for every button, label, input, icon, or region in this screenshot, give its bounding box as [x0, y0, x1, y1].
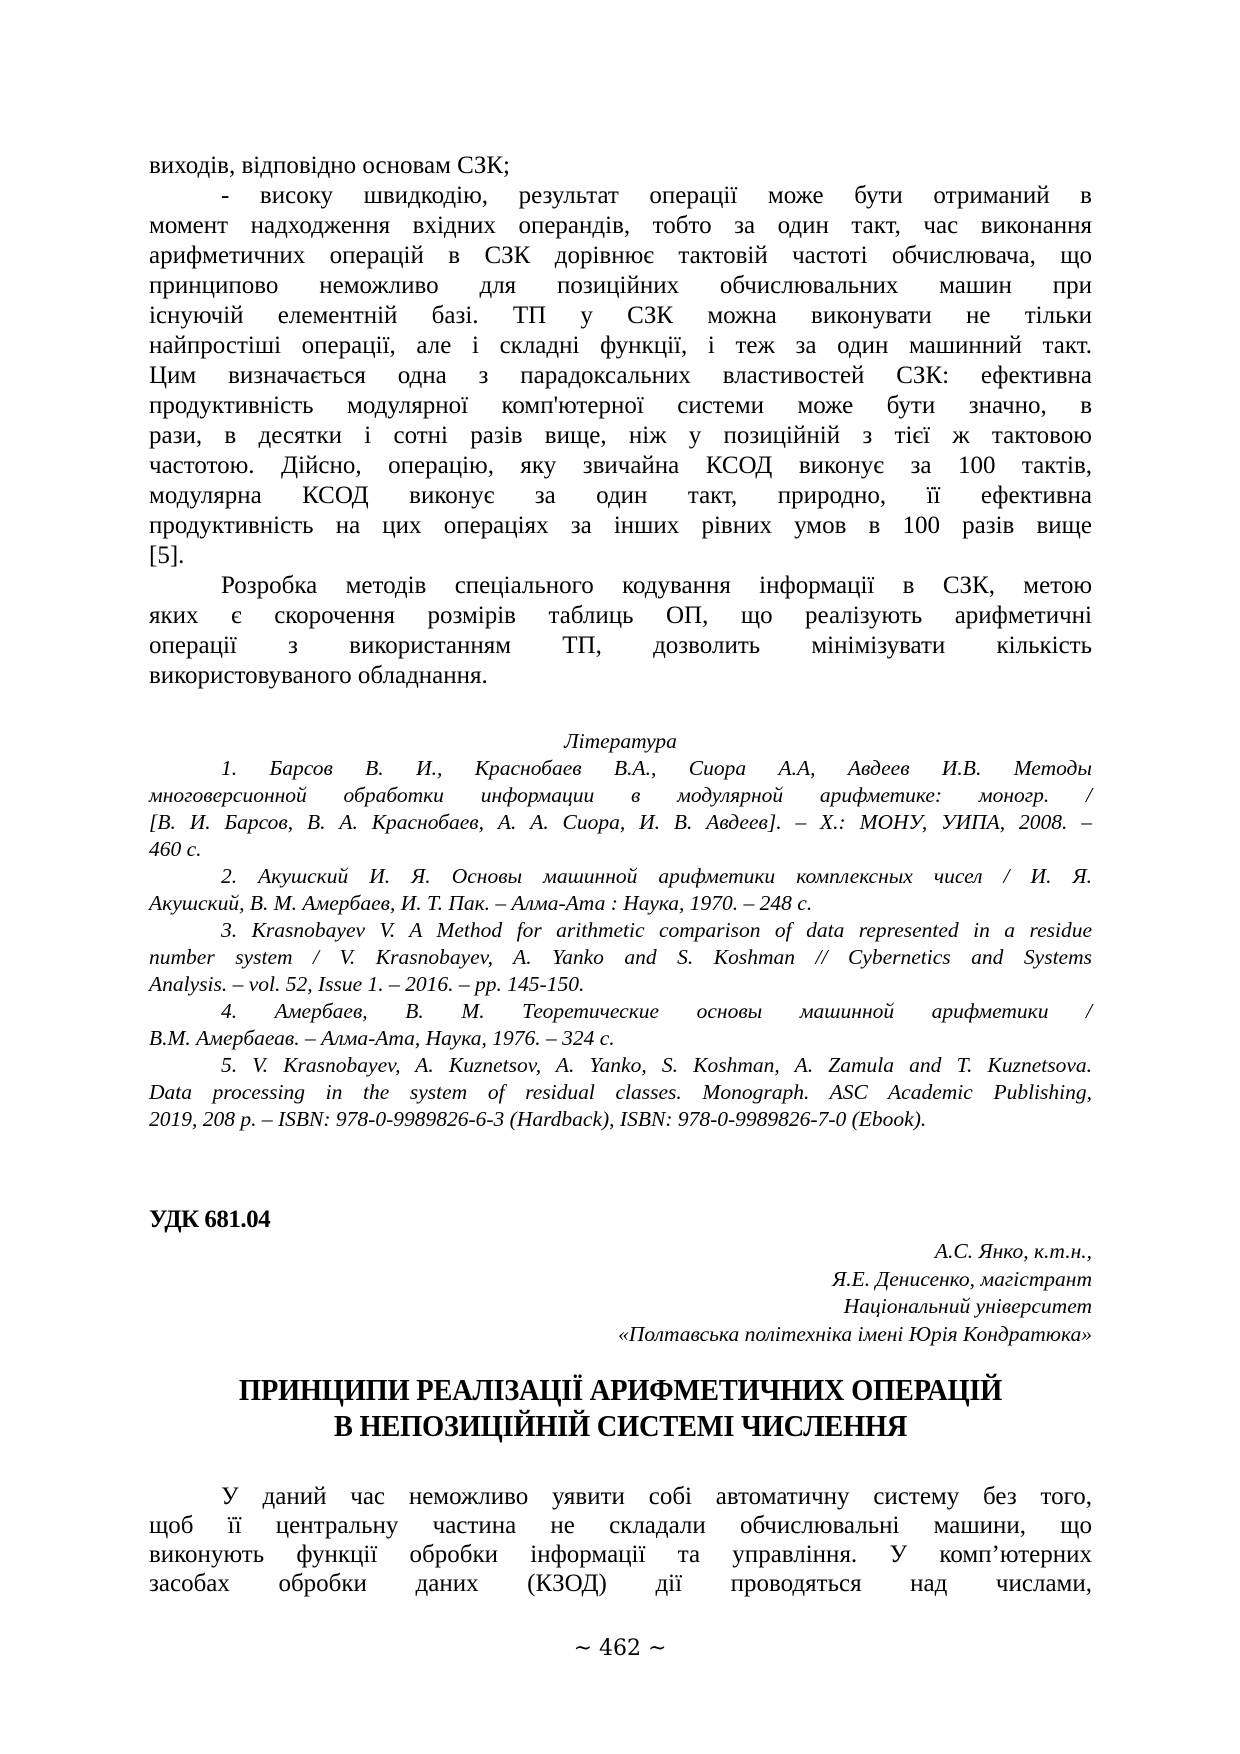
affiliation-line: Національний університет — [149, 1293, 1092, 1321]
references-heading: Література — [149, 728, 1092, 755]
article-title: ПРИНЦИПИ РЕАЛІЗАЦІЇ АРИФМЕТИЧНИХ ОПЕРАЦІ… — [187, 1372, 1055, 1444]
reference-line: 4. Амербаев, В. М. Теоретические основы … — [149, 998, 1092, 1025]
paragraph-line: найпростіші операції, але і складні функ… — [149, 331, 1092, 361]
title-line: ПРИНЦИПИ РЕАЛІЗАЦІЇ АРИФМЕТИЧНИХ ОПЕРАЦІ… — [187, 1372, 1055, 1408]
citation-line: [5]. — [149, 541, 1092, 571]
reference-line: 460 с. — [149, 836, 1092, 863]
title-line: В НЕПОЗИЦІЙНІЙ СИСТЕМІ ЧИСЛЕННЯ — [187, 1408, 1055, 1444]
affiliation-line: «Полтавська політехніка імені Юрія Кондр… — [149, 1321, 1092, 1349]
document-page: виходів, відповідно основам СЗК; - висок… — [0, 0, 1240, 1754]
reference-line: [В. И. Барсов, В. А. Краснобаев, А. А. С… — [149, 809, 1092, 836]
paragraph-line: продуктивність модулярної комп'ютерної с… — [149, 391, 1092, 421]
reference-line: 2. Акушский И. Я. Основы машинной арифме… — [149, 863, 1092, 890]
paragraph-line: виходів, відповідно основам СЗК; — [149, 151, 1092, 181]
reference-line: 2019, 208 p. – ISBN: 978-0-9989826-6-3 (… — [149, 1106, 1092, 1133]
paragraph-line: - високу швидкодію, результат операції м… — [149, 181, 1092, 211]
paragraph-line: Розробка методів спеціального кодування … — [149, 571, 1092, 601]
reference-line: В.М. Амербаеав. – Алма-Ата, Наука, 1976.… — [149, 1025, 1092, 1052]
paragraph-line: момент надходження вхідних операндів, то… — [149, 211, 1092, 241]
reference-line: Акушский, В. М. Амербаев, И. Т. Пак. – А… — [149, 890, 1092, 917]
paragraph-line: операції з використанням ТП, дозволить м… — [149, 631, 1092, 661]
paragraph-line: рази, в десятки і сотні разів вище, ніж … — [149, 421, 1092, 451]
reference-line: Data processing in the system of residua… — [149, 1079, 1092, 1106]
paragraph-line: частотою. Дійсно, операцію, яку звичайна… — [149, 451, 1092, 481]
paragraph-line: щоб її центральну частина не складали об… — [149, 1511, 1092, 1541]
paragraph-line: яких є скорочення розмірів таблиць ОП, щ… — [149, 601, 1092, 631]
paragraph-line: принципово неможливо для позиційних обчи… — [149, 271, 1092, 301]
author-line: А.С. Янко, к.т.н., — [149, 1238, 1092, 1266]
udk-code: УДК 681.04 — [149, 1206, 270, 1234]
reference-line: number system / V. Krasnobayev, A. Yanko… — [149, 944, 1092, 971]
page-number: ~ 462 ~ — [0, 1636, 1240, 1661]
paragraph-line: арифметичних операцій в СЗК дорівнює так… — [149, 241, 1092, 271]
paragraph-line: модулярна КСОД виконує за один такт, при… — [149, 481, 1092, 511]
paragraph-line: продуктивність на цих операціях за інших… — [149, 511, 1092, 541]
reference-line: 3. Krasnobayev V. A Method for arithmeti… — [149, 917, 1092, 944]
paragraph-line: засобах обробки даних (КЗОД) дії проводя… — [149, 1569, 1092, 1599]
author-block: А.С. Янко, к.т.н., Я.Е. Денисенко, магіс… — [149, 1238, 1092, 1348]
reference-line: многоверсионной обработки информации в м… — [149, 782, 1092, 809]
paragraph-line: виконують функції обробки інформації та … — [149, 1540, 1092, 1570]
paragraph-line: існуючій елементній базі. ТП у СЗК можна… — [149, 301, 1092, 331]
reference-line: Analysis. – vol. 52, Issue 1. – 2016. – … — [149, 971, 1092, 998]
paragraph-line: У даний час неможливо уявити собі автома… — [149, 1482, 1092, 1512]
paragraph-line: Цим визначається одна з парадоксальних в… — [149, 361, 1092, 391]
reference-line: 5. V. Krasnobayev, A. Kuznetsov, A. Yank… — [149, 1052, 1092, 1079]
author-line: Я.Е. Денисенко, магістрант — [149, 1266, 1092, 1294]
reference-line: 1. Барсов В. И., Краснобаев В.А., Сиора … — [149, 755, 1092, 782]
paragraph-line: використовуваного обладнання. — [149, 661, 1092, 691]
